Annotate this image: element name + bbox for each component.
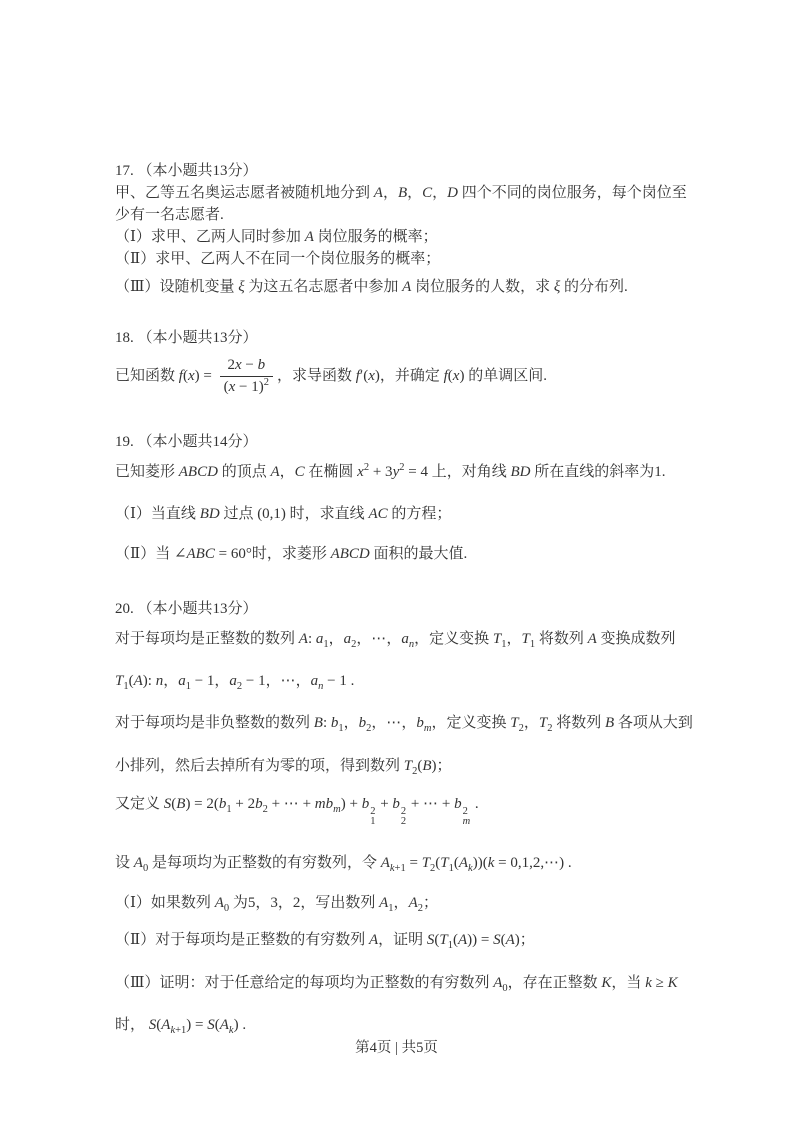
page-footer: 第4页 | 共5页	[0, 1036, 793, 1057]
problem-20-statement-line-6: 设 A0 是每项均为正整数的有穷数列，令 Ak+1 = T2(T1(Ak))(k…	[115, 851, 695, 875]
problem-19-heading: 19. （本小题共14分）	[115, 431, 695, 453]
problem-20-statement-line-4: 小排列，然后去掉所有为零的项，得到数列 T2(B)；	[115, 754, 695, 778]
problem-17-part-1: （Ⅰ）求甲、乙两人同时参加 A 岗位服务的概率；	[115, 226, 695, 248]
problem-19: 19. （本小题共14分） 已知菱形 ABCD 的顶点 A，C 在椭圆 x2 +…	[115, 431, 695, 565]
problem-20-statement-line-1: 对于每项均是正整数的数列 A: a1，a2，⋯，an，定义变换 T1，T1 将数…	[115, 627, 695, 651]
problem-17-heading: 17. （本小题共13分）	[115, 160, 695, 182]
problem-17-part-2: （Ⅱ）求甲、乙两人不在同一个岗位服务的概率；	[115, 248, 695, 270]
problem-20: 20. （本小题共13分） 对于每项均是正整数的数列 A: a1，a2，⋯，an…	[115, 598, 695, 1037]
problem-19-part-2: （Ⅱ）当 ∠ABC = 60°时，求菱形 ABCD 面积的最大值.	[115, 543, 695, 565]
problem-18-heading: 18. （本小题共13分）	[115, 327, 695, 349]
problem-20-statement-line-3: 对于每项均是非负整数的数列 B: b1，b2，⋯，bm，定义变换 T2，T2 将…	[115, 711, 695, 735]
problem-17-statement-line-1: 甲、乙等五名奥运志愿者被随机地分到 A，B，C，D 四个不同的岗位服务，每个岗位…	[115, 182, 695, 204]
problem-19-part-1: （Ⅰ）当直线 BD 过点 (0,1) 时，求直线 AC 的方程；	[115, 503, 695, 525]
problem-20-part-1: （Ⅰ）如果数列 A0 为5，3，2，写出数列 A1，A2；	[115, 891, 695, 915]
problem-17: 17. （本小题共13分） 甲、乙等五名奥运志愿者被随机地分到 A，B，C，D …	[115, 160, 695, 298]
problem-20-part-2: （Ⅱ）对于每项均是正整数的有穷数列 A，证明 S(T1(A)) = S(A)；	[115, 928, 695, 952]
page-number: 第4页 | 共5页	[355, 1040, 438, 1056]
problem-17-statement-line-2: 少有一名志愿者.	[115, 204, 695, 226]
problem-20-part-3-line-1: （Ⅲ）证明：对于任意给定的每项均为正整数的有穷数列 A0，存在正整数 K，当 k…	[115, 971, 695, 995]
problem-20-part-3-line-2: 时， S(Ak+1) = S(Ak) .	[115, 1013, 695, 1037]
problem-20-statement-line-2: T1(A): n，a1 − 1，a2 − 1，⋯，an − 1 .	[115, 669, 695, 693]
problem-17-part-3: （Ⅲ）设随机变量 ξ 为这五名志愿者中参加 A 岗位服务的人数，求 ξ 的分布列…	[115, 276, 695, 298]
problem-20-definition-s: 又定义 S(B) = 2(b1 + 2b2 + ⋯ + mbm) + b21 +…	[115, 792, 695, 827]
exam-page: 17. （本小题共13分） 甲、乙等五名奥运志愿者被随机地分到 A，B，C，D …	[0, 0, 793, 1122]
problem-19-statement: 已知菱形 ABCD 的顶点 A，C 在椭圆 x2 + 3y2 = 4 上，对角线…	[115, 459, 695, 485]
problem-20-heading: 20. （本小题共13分）	[115, 598, 695, 620]
problem-18-statement: 已知函数 f(x) = 2x − b(x − 1)2，求导函数 f′(x)，并确…	[115, 355, 695, 398]
page-content: 17. （本小题共13分） 甲、乙等五名奥运志愿者被随机地分到 A，B，C，D …	[115, 160, 695, 1037]
problem-18: 18. （本小题共13分） 已知函数 f(x) = 2x − b(x − 1)2…	[115, 327, 695, 398]
